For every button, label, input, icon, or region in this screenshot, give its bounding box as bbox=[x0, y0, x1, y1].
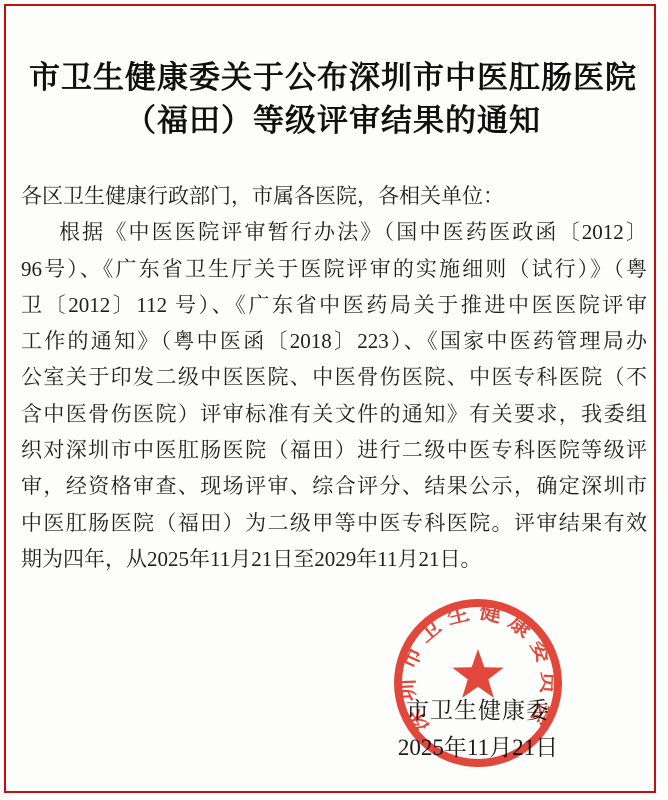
notice-page: 市卫生健康委关于公布深圳市中医肛肠医院 （福田）等级评审结果的通知 各区卫生健康… bbox=[0, 0, 668, 800]
body-line-10: 期为四年，从2025年11月21日至2029年11月21日。 bbox=[21, 541, 647, 577]
body-line-9: 中医肛肠医院（福田）为二级甲等中医专科医院。评审结果有效 bbox=[21, 505, 647, 541]
body-line-7: 织对深圳市中医肛肠医院（福田）进行二级中医专科医院等级评 bbox=[21, 432, 647, 468]
seal-star-icon bbox=[452, 649, 503, 698]
title-line-1: 市卫生健康委关于公布深圳市中医肛肠医院 bbox=[20, 56, 646, 99]
salutation: 各区卫生健康行政部门，市属各医院，各相关单位： bbox=[21, 178, 647, 214]
notice-body: 各区卫生健康行政部门，市属各医院，各相关单位： 根据《中医医院评审暂行办法》（国… bbox=[21, 178, 647, 577]
body-line-2: 96号）、《广东省卫生厅关于医院评审的实施细则（试行）》（粤 bbox=[21, 251, 647, 287]
notice-title: 市卫生健康委关于公布深圳市中医肛肠医院 （福田）等级评审结果的通知 bbox=[20, 56, 646, 142]
title-line-2: （福田）等级评审结果的通知 bbox=[20, 99, 646, 142]
body-line-5: 公室关于印发二级中医医院、中医骨伤医院、中医专科医院（不 bbox=[21, 359, 647, 395]
official-seal: 深圳市卫生健康委员会 bbox=[378, 583, 578, 783]
body-line-1: 根据《中医医院评审暂行办法》（国中医药医政函〔2012〕 bbox=[21, 214, 647, 250]
body-line-4: 工作的通知》（粤中医函〔2018〕223）、《国家中医药管理局办 bbox=[21, 323, 647, 359]
body-line-6: 含中医骨伤医院）评审标准有关文件的通知》有关要求，我委组 bbox=[21, 396, 647, 432]
body-line-3: 卫〔2012〕112 号）、《广东省中医药局关于推进中医医院评审 bbox=[21, 287, 647, 323]
body-line-8: 审，经资格审查、现场评审、综合评分、结果公示，确定深圳市 bbox=[21, 468, 647, 504]
